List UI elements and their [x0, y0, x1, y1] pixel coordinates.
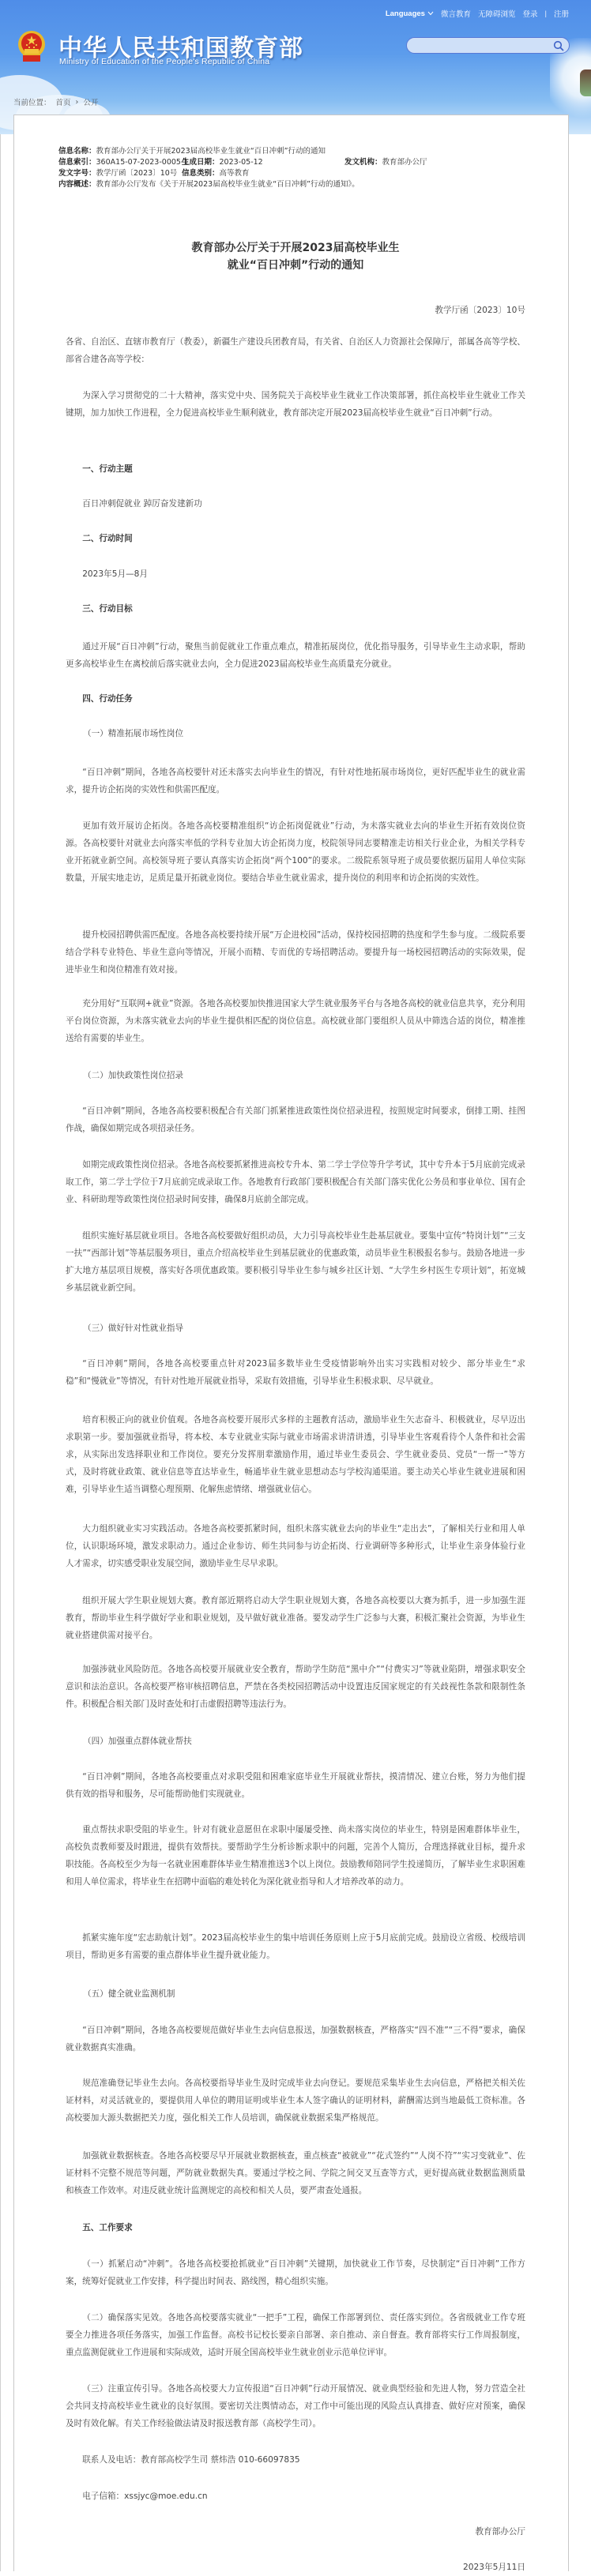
paragraph-intro: 为深入学习贯彻党的二十大精神，落实党中央、国务院关于高校毕业生就业工作决策部署，… [66, 387, 525, 422]
meta-org-label: 发文机构： [344, 158, 382, 167]
paragraph: 大力组织就业实习实践活动。各地各高校要抓紧时间，组织未落实就业去向的毕业生“走出… [66, 1520, 525, 1572]
contact-email[interactable]: 电子信箱：xssjyc@moe.edu.cn [66, 2488, 525, 2505]
paragraph: 充分用好“互联网+就业”资源。各地各高校要加快推进国家大学生就业服务平台与各地各… [66, 995, 525, 1047]
subsection-heading: （二）加快政策性岗位招录 [66, 1067, 525, 1084]
meta-category-value: 高等教育 [220, 169, 250, 178]
paragraph: 百日冲刺促就业 踔厉奋发建新功 [66, 495, 525, 513]
search-box[interactable] [406, 37, 570, 54]
breadcrumb-separator: › [76, 98, 79, 107]
paragraph: （二）确保落实见效。各地各高校要落实就业“一把手”工程，确保工作部署到位、责任落… [66, 2309, 525, 2361]
meta-summary-value: 教育部办公厅发布《关于开展2023届高校毕业生就业“百日冲刺”行动的通知》。 [96, 180, 359, 189]
section-heading-5: 五、工作要求 [66, 2219, 525, 2236]
search-icon[interactable] [553, 40, 564, 51]
info-meta: 信息名称：教育部办公厅关于开展2023届高校毕业生就业“百日冲刺”行动的通知 信… [58, 146, 359, 190]
subsection-heading: （五）健全就业监测机制 [66, 1985, 525, 2003]
breadcrumb: 当前位置： 首页 › 公开 [13, 96, 98, 107]
languages-dropdown[interactable]: Languages [386, 9, 434, 18]
paragraph: “百日冲刺”期间，各地各高校要规范做好毕业生去向信息报送，加强数据核查，严格落实… [66, 2022, 525, 2056]
meta-date-value: 2023-05-12 [220, 158, 263, 167]
site-logo-subtitle: Ministry of Education of the People's Re… [59, 57, 269, 66]
paragraph: 组织开展大学生职业规划大赛。教育部近期将启动大学生职业规划大赛，各地各高校要以大… [66, 1592, 525, 1644]
paragraph: 如期完成政策性岗位招录。各地各高校要抓紧推进高校专升本、第二学士学位等升学考试，… [66, 1156, 525, 1208]
weiyan-link[interactable]: 微言教育 [441, 8, 471, 19]
meta-category-label: 信息类别： [182, 169, 220, 178]
paragraph: 培育积极正向的就业价值观。各地各高校要开展形式多样的主题教育活动，激励毕业生矢志… [66, 1411, 525, 1498]
meta-summary-label: 内容概述： [58, 180, 96, 189]
meta-row-index: 信息索引：360A15-07-2023-0005-1 生成日期：2023-05-… [58, 157, 359, 168]
section-heading-2: 二、行动时间 [66, 530, 525, 547]
paragraph: 重点帮扶求职受阻的毕业生。针对有就业意愿但在求职中屡屡受挫、尚未落实岗位的毕业生… [66, 1821, 525, 1891]
paragraph: 通过开展“百日冲刺”行动，聚焦当前促就业工作重点难点，精准拓展岗位，优化指导服务… [66, 638, 525, 673]
paragraph: 规范准确登记毕业生去向。各高校要指导毕业生及时完成毕业去向登记。要规范采集毕业生… [66, 2075, 525, 2127]
paragraph: “百日冲刺”期间，各地各高校要重点针对2023届多数毕业生受疫情影响外出实习实践… [66, 1355, 525, 1390]
meta-docno-label: 发文字号： [58, 169, 96, 178]
content-card [13, 115, 569, 2571]
article-title-line2: 就业“百日冲刺”行动的通知 [66, 257, 525, 274]
addressee: 各省、自治区、直辖市教育厅（教委），新疆生产建设兵团教育局，有关省、自治区人力资… [66, 333, 525, 368]
meta-date-label: 生成日期： [182, 158, 220, 167]
search-input[interactable] [415, 39, 549, 52]
signature: 教育部办公厅 [66, 2523, 525, 2540]
accessibility-link[interactable]: 无障碍浏览 [478, 8, 516, 19]
paragraph: “百日冲刺”期间，各地各高校要重点对求职受阻和困难家庭毕业生开展就业帮扶，摸清情… [66, 1768, 525, 1803]
nav-separator: | [545, 9, 547, 18]
paragraph: “百日冲刺”期间，各地各高校要针对还未落实去向毕业生的情况，有针对性地拓展市场岗… [66, 764, 525, 798]
article-title-line1: 教育部办公厅关于开展2023届高校毕业生 [66, 239, 525, 257]
doc-number: 教学厅函〔2023〕10号 [66, 302, 525, 319]
meta-name-value: 教育部办公厅关于开展2023届高校毕业生就业“百日冲刺”行动的通知 [96, 147, 326, 156]
breadcrumb-public[interactable]: 公开 [83, 96, 98, 107]
paragraph: （一）抓紧启动“冲刺”。各地各高校要抢抓就业“百日冲刺”关键期，加快就业工作节奏… [66, 2255, 525, 2290]
meta-index-value: 360A15-07-2023-0005-1 [96, 158, 189, 167]
meta-org-value: 教育部办公厅 [382, 158, 427, 167]
breadcrumb-label: 当前位置： [13, 96, 51, 107]
meta-name-label: 信息名称： [58, 147, 96, 156]
signature-date: 2023年5月11日 [66, 2559, 525, 2576]
subsection-heading: （四）加强重点群体就业帮扶 [66, 1733, 525, 1750]
login-link[interactable]: 登录 [523, 8, 538, 19]
paragraph: “百日冲刺”期间，各地各高校要积极配合有关部门抓紧推进政策性岗位招录进程，按照规… [66, 1102, 525, 1137]
paragraph: 加强涉就业风险防范。各地各高校要开展就业安全教育，帮助学生防范“黑中介”“付费实… [66, 1661, 525, 1713]
section-heading-4: 四、行动任务 [66, 690, 525, 708]
meta-index-label: 信息索引： [58, 158, 96, 167]
dandelion-decoration [580, 69, 591, 96]
contact-info: 联系人及电话：教育部高校学生司 蔡炜浩 010-66097835 [66, 2451, 525, 2469]
subsection-heading: （三）做好针对性就业指导 [66, 1320, 525, 1337]
top-nav: Languages 微言教育 无障碍浏览 登录 | 注册 [386, 8, 569, 19]
meta-row-name: 信息名称：教育部办公厅关于开展2023届高校毕业生就业“百日冲刺”行动的通知 [58, 146, 359, 157]
article-title: 教育部办公厅关于开展2023届高校毕业生 就业“百日冲刺”行动的通知 [66, 239, 525, 274]
meta-docno-value: 教学厅函〔2023〕10号 [96, 169, 178, 178]
chevron-down-icon [427, 11, 434, 16]
paragraph: 2023年5月—8月 [66, 565, 525, 583]
paragraph: 提升校园招聘供需匹配度。各地各高校要持续开展“万企进校园”活动，保持校园招聘的热… [66, 926, 525, 978]
paragraph: 组织实施好基层就业项目。各地各高校要做好组织动员，大力引导高校毕业生赴基层就业。… [66, 1227, 525, 1297]
languages-label: Languages [386, 9, 425, 18]
breadcrumb-home[interactable]: 首页 [56, 96, 71, 107]
register-link[interactable]: 注册 [554, 8, 569, 19]
meta-row-docno: 发文字号：教学厅函〔2023〕10号 信息类别：高等教育 [58, 168, 359, 179]
section-heading-1: 一、行动主题 [66, 460, 525, 478]
section-heading-3: 三、行动目标 [66, 600, 525, 618]
page-edge-line [0, 134, 1, 2571]
subsection-heading: （一）精准拓展市场性岗位 [66, 725, 525, 742]
national-emblem-icon [15, 29, 48, 64]
paragraph: （三）注重宣传引导。各地各高校要大力宣传报道“百日冲刺”行动开展情况、就业典型经… [66, 2380, 525, 2432]
paragraph: 更加有效开展访企拓岗。各地各高校要精准组织“访企拓岗促就业”行动，为未落实就业去… [66, 817, 525, 887]
paragraph: 加强就业数据核查。各地各高校要尽早开展就业数据核查，重点核查“被就业”“花式签约… [66, 2147, 525, 2199]
meta-row-summary: 内容概述：教育部办公厅发布《关于开展2023届高校毕业生就业“百日冲刺”行动的通… [58, 179, 359, 190]
paragraph: 抓紧实施年度“宏志助航计划”。2023届高校毕业生的集中培训任务原则上应于5月底… [66, 1929, 525, 1964]
